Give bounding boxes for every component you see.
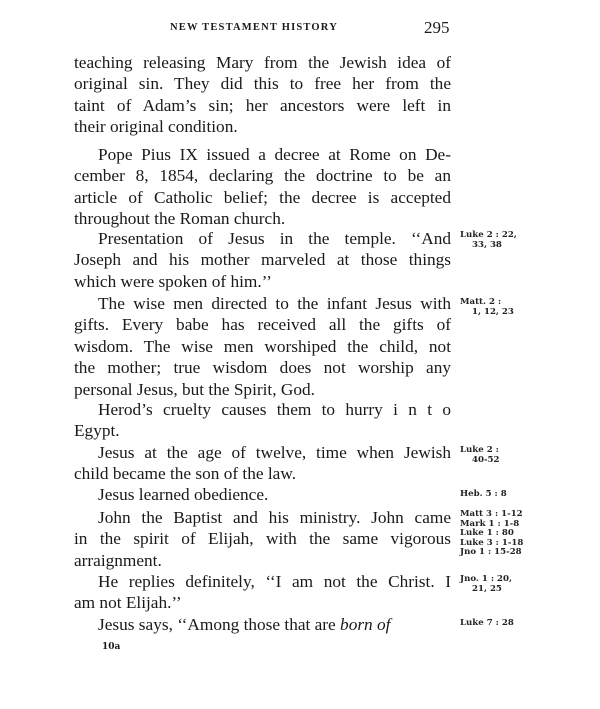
text-line: gifts. Every babe has received all the g… [74, 314, 451, 335]
text-line: Jesus at the age of twelve, time when Je… [74, 442, 451, 463]
text-line: original sin. They did this to free her … [74, 73, 451, 94]
text-line: article of Catholic belief; the decree i… [74, 187, 451, 208]
text-line: Joseph and his mother marveled at those … [74, 249, 451, 270]
margin-note-heb-5-8: Heb. 5 : 8 [460, 490, 507, 500]
margin-note-luke-2-22: Luke 2 : 22, 33, 38 [460, 231, 517, 250]
paragraph-pope-pius: Pope Pius IX issued a decree at Rome on … [74, 144, 451, 230]
page-header: NEW TESTAMENT HISTORY 295 [0, 18, 600, 42]
margin-note-john-baptist-refs: Matt 3 : 1-12 Mark 1 : 1-8 Luke 1 : 80 L… [460, 510, 523, 558]
text-line: Pope Pius IX issued a decree at Rome on … [74, 144, 451, 165]
text-line: the mother; true wisdom does not worship… [74, 357, 451, 378]
margin-note-luke-7-28: Luke 7 : 28 [460, 619, 514, 629]
text-line: The wise men directed to the infant Jesu… [74, 293, 451, 314]
text-line: Presentation of Jesus in the temple. ‘‘A… [74, 228, 451, 249]
text-line: Egypt. [74, 420, 451, 441]
paragraph-herod: Herod’s cruelty causes them to hurry i n… [74, 399, 451, 442]
text-line: Herod’s cruelty causes them to hurry i n… [74, 399, 451, 420]
text-line: John the Baptist and his ministry. John … [74, 507, 451, 528]
text-line: in the spirit of Elijah, with the same v… [74, 528, 451, 549]
text-line: child became the son of the law. [74, 463, 451, 484]
paragraph-presentation: Presentation of Jesus in the temple. ‘‘A… [74, 228, 451, 292]
text-line: teaching releasing Mary from the Jewish … [74, 52, 451, 73]
text-line: throughout the Roman church. [74, 208, 451, 229]
paragraph-immaculate-conception: teaching releasing Mary from the Jewish … [74, 52, 451, 138]
text-line: taint of Adam’s sin; her ancestors were … [74, 95, 451, 116]
paragraph-john-baptist: John the Baptist and his ministry. John … [74, 507, 451, 571]
paragraph-age-twelve: Jesus at the age of twelve, time when Je… [74, 442, 451, 485]
margin-note-luke-2-40: Luke 2 : 40-52 [460, 446, 500, 465]
page-number: 295 [424, 18, 450, 38]
margin-note-jno-1-20: Jno. 1 : 20, 21, 25 [460, 575, 512, 594]
text-line: Jesus says, ‘‘Among those that are born … [74, 614, 451, 635]
text-line: He replies definitely, ‘‘I am not the Ch… [74, 571, 451, 592]
text-line: which were spoken of him.’’ [74, 271, 451, 292]
margin-note-matt-2: Matt. 2 : 1, 12, 23 [460, 298, 514, 317]
text-line: their original condition. [74, 116, 451, 137]
paragraph-not-the-christ: He replies definitely, ‘‘I am not the Ch… [74, 571, 451, 614]
text-line: arraignment. [74, 550, 451, 571]
running-head: NEW TESTAMENT HISTORY [170, 22, 338, 33]
text-line: cember 8, 1854, declaring the doctrine t… [74, 165, 451, 186]
paragraph-jesus-says: Jesus says, ‘‘Among those that are born … [74, 614, 451, 635]
text-line: personal Jesus, but the Spirit, God. [74, 379, 451, 400]
signature-mark: 10a [102, 642, 120, 652]
italic-text: born of [340, 615, 390, 634]
text-line: am not Elijah.’’ [74, 592, 451, 613]
text-line: Jesus learned obedience. [74, 484, 451, 505]
text-line: wisdom. The wise men worshiped the child… [74, 336, 451, 357]
paragraph-wise-men: The wise men directed to the infant Jesu… [74, 293, 451, 400]
paragraph-obedience: Jesus learned obedience. [74, 484, 451, 505]
